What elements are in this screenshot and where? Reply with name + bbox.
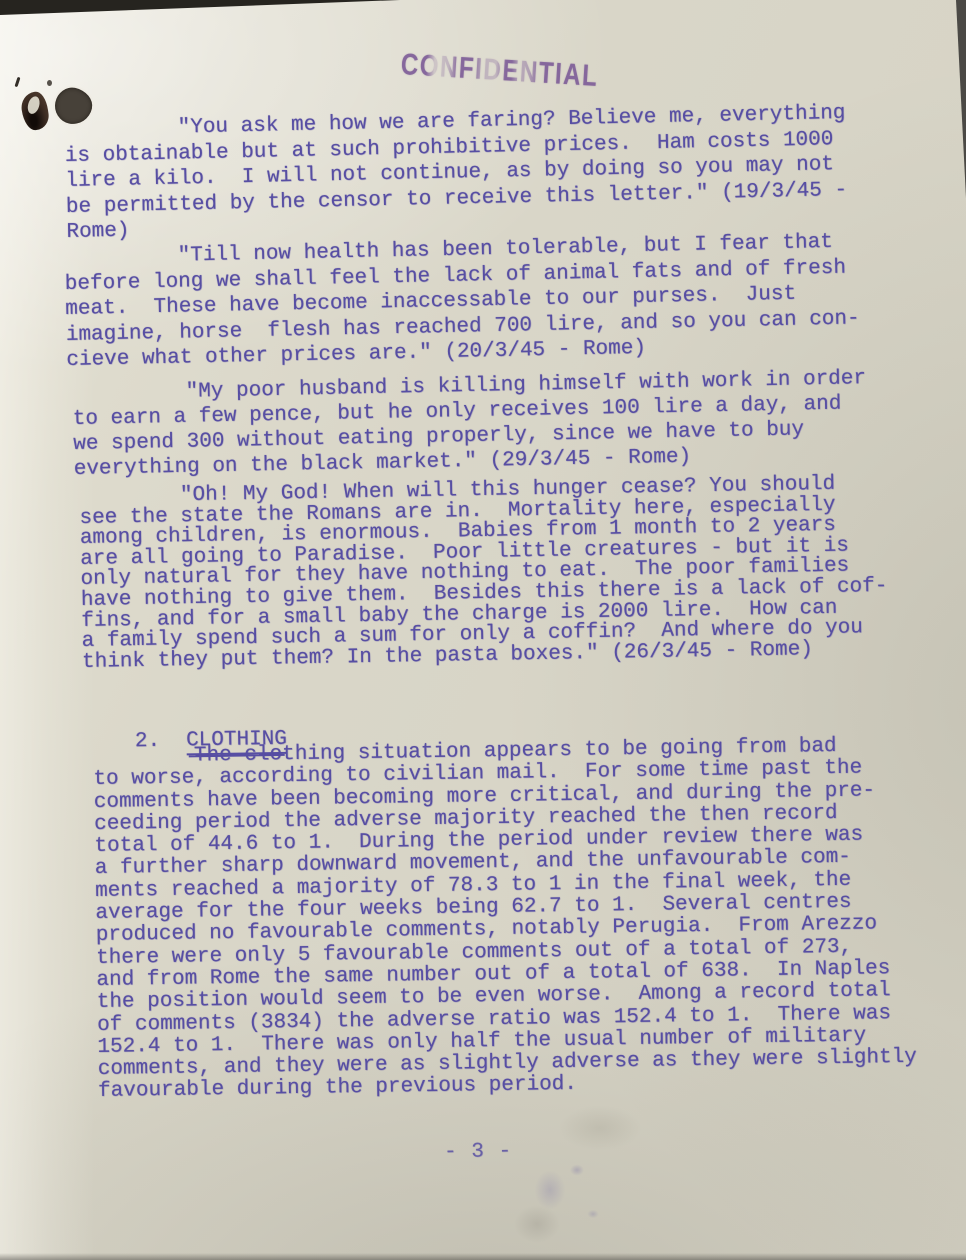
paper-sheet: CONFIDENTIAL "You ask me how we are fari… — [0, 0, 966, 1260]
ink-smudge — [505, 1158, 625, 1258]
quote-paragraph-4: "Oh! My God! When will this hunger cease… — [79, 474, 889, 673]
page-number: - 3 - — [444, 1140, 512, 1164]
bottom-edge-shadow — [0, 1253, 966, 1260]
quote-paragraph-2: "Till now health has been tolerable, but… — [64, 229, 860, 373]
paper-tear — [19, 90, 50, 131]
quote-paragraph-1: "You ask me how we are faring? Believe m… — [64, 101, 848, 246]
stain — [545, 1098, 655, 1158]
quote-paragraph-3: "My poor husband is killing himself with… — [72, 366, 868, 482]
stray-mark — [15, 77, 21, 87]
stray-mark — [47, 80, 52, 86]
confidential-stamp: CONFIDENTIAL — [400, 48, 600, 94]
section-paragraph: The clothing situation appears to be goi… — [93, 735, 917, 1104]
